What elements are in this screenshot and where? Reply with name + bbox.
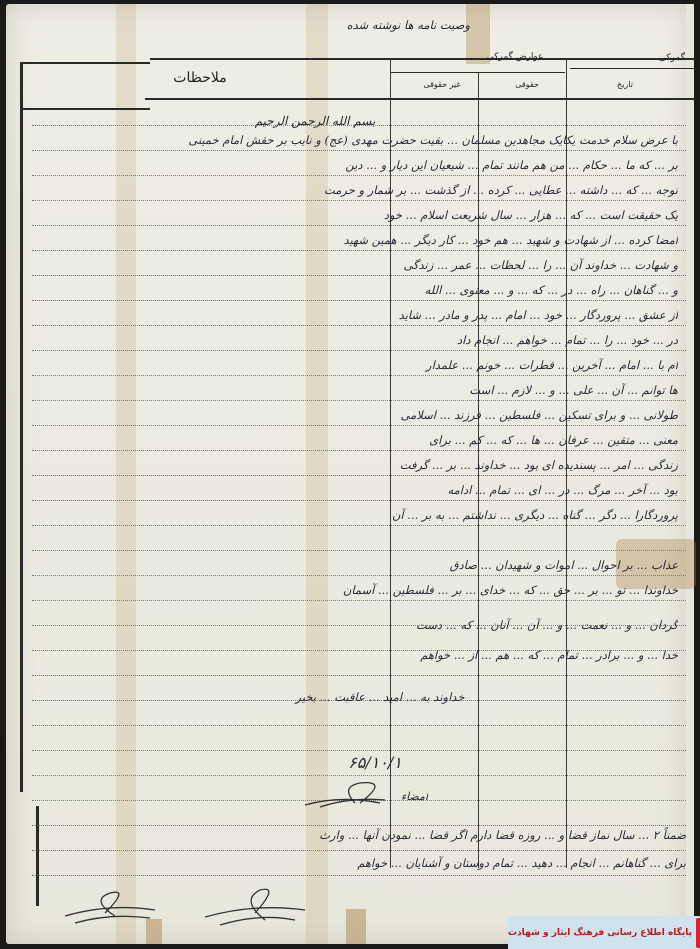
ruled-line — [32, 400, 686, 401]
ruled-line — [32, 600, 686, 601]
header-bottom-rule — [145, 98, 695, 100]
body-line: یک حقیقت است ... که ... هزار ... سال شری… — [36, 205, 678, 225]
ruled-line — [32, 150, 686, 151]
ruled-line — [32, 525, 686, 526]
body-line: و ... گناهان ... راه ... در ... که ... و… — [36, 280, 678, 300]
ruled-line — [32, 250, 686, 251]
body-line: طولانی ... و برای تسکین ... فلسطین ... ف… — [36, 405, 678, 425]
paper-edge — [686, 4, 694, 944]
ruled-line — [32, 550, 686, 551]
ruled-line — [32, 175, 686, 176]
ruled-line — [32, 200, 686, 201]
ruled-line — [32, 675, 686, 676]
body-line: خداوندا ... تو ... بر ... حق ... که ... … — [36, 580, 678, 600]
body-line: ها توانم ... آن ... علی ... و ... لازم .… — [36, 380, 678, 400]
body-line: بر ... که ما ... حکام ... من هم مانند تم… — [36, 155, 678, 175]
header-bottom-rule-left — [20, 108, 150, 110]
ruled-line — [32, 375, 686, 376]
body-line: معنی ... متقین ... عرفان ... ها ... که .… — [36, 430, 678, 450]
body-line: از عشق ... پروردگار ... خود ... امام ...… — [36, 305, 678, 325]
ruled-line — [32, 500, 686, 501]
ruled-line — [32, 325, 686, 326]
body-line: امضا کرده ... از شهادت و شهید ... هم خود… — [36, 230, 678, 250]
body-line: خدا ... و ... برادر ... تمام ... که ... … — [36, 645, 678, 665]
navid-shahed-logo: نوید شاهد — [696, 918, 700, 948]
ruled-line — [32, 575, 686, 576]
body-line: ام با ... امام ... آخرین ... قطرات ... خ… — [36, 355, 678, 375]
witness-signature — [60, 888, 160, 933]
left-margin-rule — [20, 62, 23, 792]
ruled-line — [32, 875, 686, 876]
ruled-line — [32, 750, 686, 751]
closing-line: خداوند به ... امید ... عاقبت ... بخیر — [150, 690, 610, 704]
body-line: در ... خود ... را ... تمام ... خواهم ...… — [36, 330, 678, 350]
ruled-line — [32, 450, 686, 451]
notes-header: ملاحظات — [130, 70, 270, 86]
ruled-line — [32, 425, 686, 426]
document-title: وصیت نامه ها نوشته شده — [240, 18, 470, 32]
ruled-line — [32, 225, 686, 226]
body-line: پروردگارا ... دگر ... گناه ... دیگری ...… — [36, 505, 678, 525]
ruled-line — [32, 725, 686, 726]
duty-header: حقوقی — [492, 80, 562, 89]
non-duty-header: غیر حقوقی — [402, 80, 482, 89]
ruled-line — [32, 475, 686, 476]
ruled-line — [32, 300, 686, 301]
ruled-line — [32, 850, 686, 851]
postscript-line: برای ... گناهانم ... انجام ... دهید ... … — [36, 853, 686, 873]
signature-label: امضاء — [388, 790, 428, 803]
body-line: بود ... آخر ... مرگ ... در ... ای ... تم… — [36, 480, 678, 500]
postscript-line: ضمناً ۲ ... سال نماز قضا و ... روزه قضا … — [36, 825, 686, 845]
customs-header: گمرکی — [645, 53, 685, 63]
watermark-caption: پایگاه اطلاع رسانی فرهنگ ایثار و شهادت — [508, 928, 692, 938]
body-line: توجه ... که ... داشته ... عطایی ... کرده… — [36, 180, 678, 200]
signature-scribble — [300, 775, 390, 815]
witness-signature — [200, 885, 310, 935]
bismillah-heading: بسم الله الرحمن الرحیم — [200, 114, 430, 128]
body-line: گردان ... و ... نعمت ... و ... آن ... آن… — [36, 615, 678, 635]
form-top-rule — [150, 58, 695, 60]
form-top-rule-left — [20, 62, 150, 64]
tape-strip — [346, 909, 366, 944]
date-header: تاریخ — [590, 80, 660, 89]
body-line: زندگی ... امر ... پسندیده ای بود ... خدا… — [36, 455, 678, 475]
site-watermark: نوید شاهد پایگاه اطلاع رسانی فرهنگ ایثار… — [508, 916, 700, 949]
body-line: و شهادت ... خداوند آن ... را ... لحظات .… — [36, 255, 678, 275]
body-line: عذاب ... بر احوال ... اموات و شهیدان ...… — [36, 555, 678, 575]
body-line: با عرض سلام خدمت یکایک مجاهدین مسلمان ..… — [36, 130, 678, 150]
ruled-line — [32, 350, 686, 351]
ruled-line — [32, 275, 686, 276]
customs-charges-header: عوارض گمرکی — [460, 52, 570, 62]
customs-subheader-rule-right — [570, 68, 695, 69]
handwritten-date: ۶۵/۱۰/۱ — [300, 753, 450, 772]
